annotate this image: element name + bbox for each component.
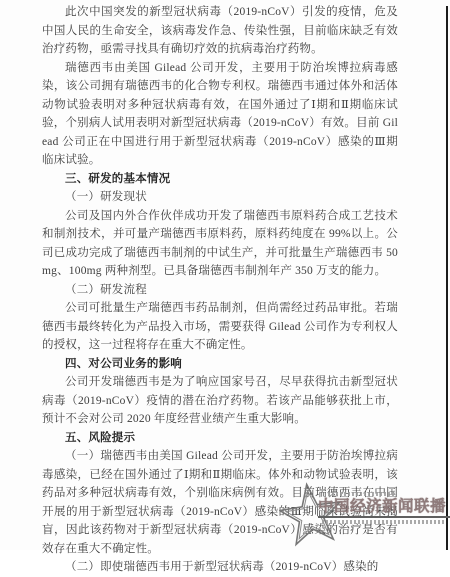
body-paragraph: 此次中国突发的新型冠状病毒（2019-nCoV）引发的疫情，危及中国人民的生命安…	[42, 3, 398, 59]
page-edge-line	[446, 6, 448, 550]
document-page: 此次中国突发的新型冠状病毒（2019-nCoV）引发的疫情，危及中国人民的生命安…	[0, 0, 450, 550]
section-heading: 五、风险提示	[42, 429, 398, 448]
body-paragraph: 公司及国内外合作伙伴成功开发了瑞德西韦原料药合成工艺技术和制剂技术，并可量产瑞德…	[42, 207, 398, 281]
body-paragraph: 瑞德西韦由美国 Gilead 公司开发，主要用于防治埃博拉病毒感染，该公司拥有瑞…	[42, 59, 398, 170]
body-paragraph: 公司开发瑞德西韦是为了响应国家号召，尽早获得抗击新型冠状病毒（2019-nCoV…	[42, 373, 398, 429]
body-paragraph: 公司可批量生产瑞德西韦药品制剂，但尚需经过药品审批。若瑞德西韦最终转化为产品投入…	[42, 299, 398, 355]
document-body: 此次中国突发的新型冠状病毒（2019-nCoV）引发的疫情，危及中国人民的生命安…	[42, 3, 398, 550]
sub-heading: （二）研发流程	[42, 281, 398, 300]
section-heading: 四、对公司业务的影响	[42, 355, 398, 374]
section-heading: 三、研发的基本情况	[42, 170, 398, 189]
sub-heading: （一）研发现状	[42, 188, 398, 207]
body-paragraph: （一）瑞德西韦由美国 Gilead 公司开发，主要用于防治埃博拉病毒感染，已经在…	[42, 447, 398, 550]
